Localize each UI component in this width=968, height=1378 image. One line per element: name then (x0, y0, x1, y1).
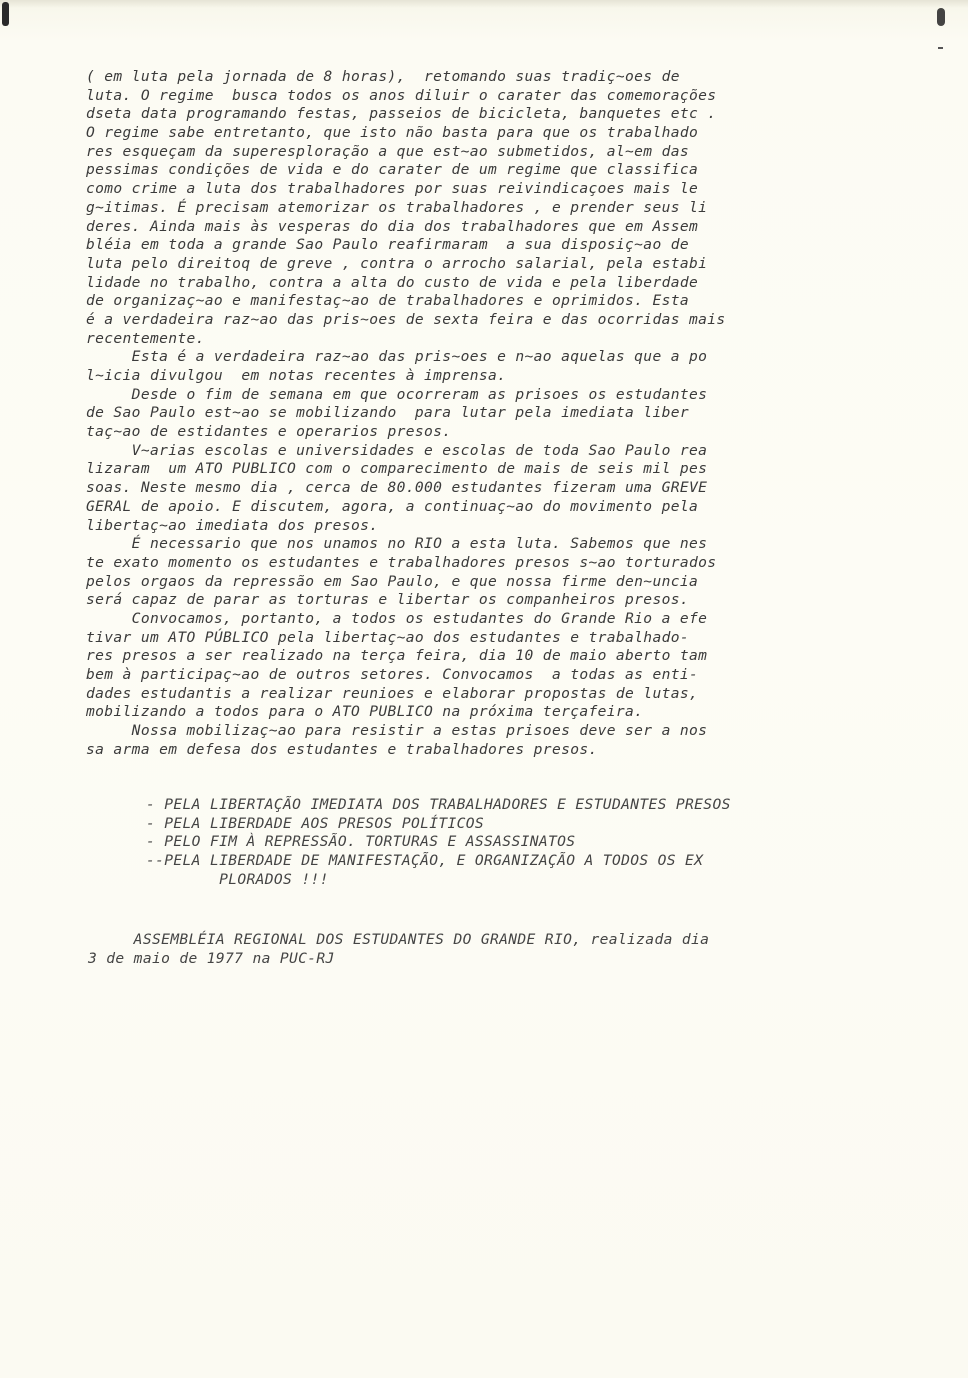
text-line: te exato momento os estudantes e trabalh… (86, 554, 886, 573)
binder-clip-mark-left (2, 2, 9, 26)
body-text: ( em luta pela jornada de 8 horas), reto… (86, 68, 886, 759)
text-line: dades estudantis a realizar reunioes e e… (86, 685, 886, 704)
text-line: Nossa mobilizaç~ao para resistir a estas… (86, 722, 886, 741)
slogan-line: PLORADOS !!! (146, 870, 731, 889)
slogan-line: - PELA LIBERDADE AOS PRESOS POLÍTICOS (146, 814, 731, 833)
signature-line: 3 de maio de 1977 na PUC-RJ (88, 950, 709, 969)
text-line: ( em luta pela jornada de 8 horas), reto… (86, 68, 886, 87)
text-line: Esta é a verdadeira raz~ao das pris~oes … (86, 348, 886, 367)
text-line: pelos orgaos da repressão em Sao Paulo, … (86, 573, 886, 592)
text-line: luta. O regime busca todos os anos dilui… (86, 87, 886, 106)
text-line: pessimas condições de vida e do carater … (86, 161, 886, 180)
signature-block: ASSEMBLÉIA REGIONAL DOS ESTUDANTES DO GR… (88, 931, 709, 968)
text-line: É necessario que nos unamos no RIO a est… (86, 535, 886, 554)
text-line: lizaram um ATO PUBLICO com o comparecime… (86, 460, 886, 479)
slogan-line: --PELA LIBERDADE DE MANIFESTAÇÃO, E ORGA… (146, 851, 731, 870)
text-line: de Sao Paulo est~ao se mobilizando para … (86, 404, 886, 423)
text-line: GERAL de apoio. E discutem, agora, a con… (86, 498, 886, 517)
text-line: recentemente. (86, 330, 886, 349)
slogan-line: - PELA LIBERTAÇÃO IMEDIATA DOS TRABALHAD… (146, 795, 731, 814)
binder-clip-mark-right (937, 8, 945, 26)
text-line: de organizaç~ao e manifestaç~ao de traba… (86, 292, 886, 311)
text-line: O regime sabe entretanto, que isto não b… (86, 124, 886, 143)
slogan-line: - PELO FIM À REPRESSÃO. TORTURAS E ASSAS… (146, 832, 731, 851)
text-line: bem à participaç~ao de outros setores. C… (86, 666, 886, 685)
text-line: soas. Neste mesmo dia , cerca de 80.000 … (86, 479, 886, 498)
ink-speck (938, 47, 943, 49)
text-line: lidade no trabalho, contra a alta do cus… (86, 274, 886, 293)
text-line: dseta data programando festas, passeios … (86, 105, 886, 124)
text-line: sa arma em defesa dos estudantes e traba… (86, 741, 886, 760)
text-line: res presos a ser realizado na terça feir… (86, 647, 886, 666)
page-top-shadow (0, 0, 968, 8)
text-line: será capaz de parar as torturas e libert… (86, 591, 886, 610)
text-line: V~arias escolas e universidades e escola… (86, 442, 886, 461)
text-line: libertaç~ao imediata dos presos. (86, 517, 886, 536)
text-line: como crime a luta dos trabalhadores por … (86, 180, 886, 199)
paper-page: ( em luta pela jornada de 8 horas), reto… (0, 0, 968, 1378)
text-line: l~icia divulgou em notas recentes à impr… (86, 367, 886, 386)
text-line: Desde o fim de semana em que ocorreram a… (86, 386, 886, 405)
text-line: deres. Ainda mais às vesperas do dia dos… (86, 218, 886, 237)
text-line: é a verdadeira raz~ao das pris~oes de se… (86, 311, 886, 330)
text-line: taç~ao de estidantes e operarios presos. (86, 423, 886, 442)
text-line: bléia em toda a grande Sao Paulo reafirm… (86, 236, 886, 255)
text-line: tivar um ATO PÚBLICO pela libertaç~ao do… (86, 629, 886, 648)
text-line: mobilizando a todos para o ATO PUBLICO n… (86, 703, 886, 722)
text-line: luta pelo direitoq de greve , contra o a… (86, 255, 886, 274)
slogan-list: - PELA LIBERTAÇÃO IMEDIATA DOS TRABALHAD… (146, 795, 731, 888)
text-line: g~itimas. É precisam atemorizar os traba… (86, 199, 886, 218)
text-line: Convocamos, portanto, a todos os estudan… (86, 610, 886, 629)
text-line: res esqueçam da superesploração a que es… (86, 143, 886, 162)
signature-line: ASSEMBLÉIA REGIONAL DOS ESTUDANTES DO GR… (88, 931, 709, 950)
